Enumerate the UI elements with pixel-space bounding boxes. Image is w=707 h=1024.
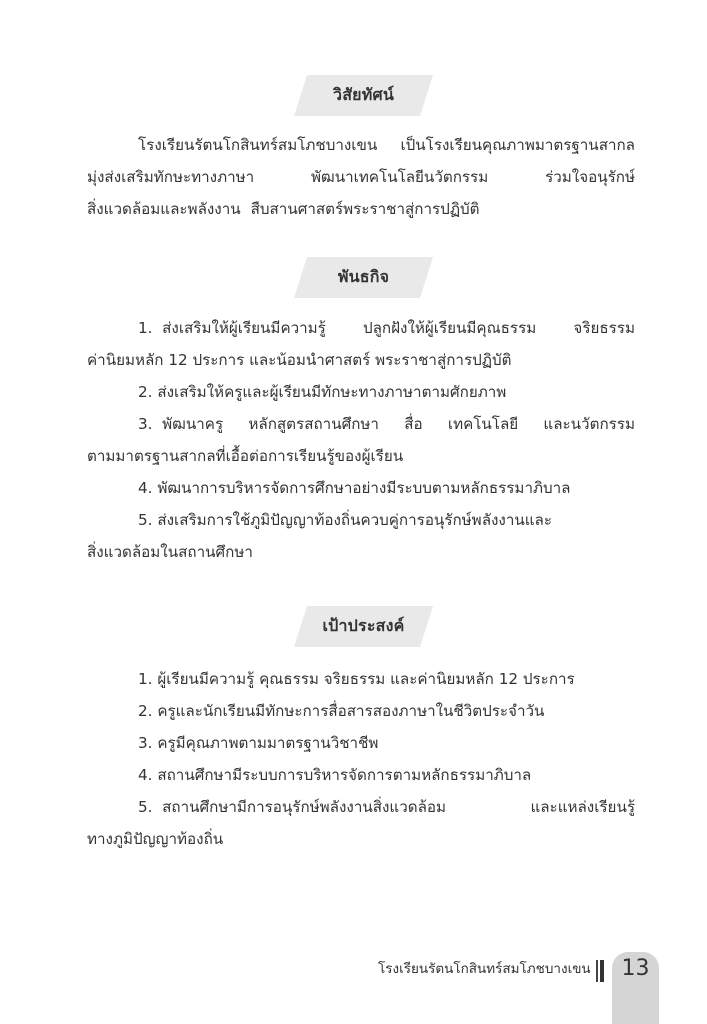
item-text: 5. สถานศึกษามีการอนุรักษ์พลังงานสิ่งแวดล… [138, 791, 446, 823]
goal-item-2: 2. ครูและนักเรียนมีทักษะการสื่อสารสองภาษ… [87, 695, 635, 727]
text-segment: ผู้เรียนมีความรู้ คุณธรรม จริยธรรม และค่… [157, 663, 574, 695]
text-segment: สิ่งแวดล้อมในสถานศึกษา [87, 536, 253, 568]
text-segment: ครูมีคุณภาพตามมาตรฐานวิชาชีพ [157, 727, 378, 759]
text-segment: พัฒนาครู [162, 415, 223, 433]
text-segment: โรงเรียนรัตนโกสินทร์สมโภชบางเขน [138, 129, 377, 161]
text-segment: และแหล่งเรียนรู้ [530, 791, 635, 823]
goal-item-1: 1. ผู้เรียนมีความรู้ คุณธรรม จริยธรรม แล… [87, 663, 635, 695]
text-segment: เป็นโรงเรียนคุณภาพมาตรฐานสากล [400, 129, 635, 161]
text-segment: สถานศึกษามีระบบการบริหารจัดการตามหลักธรร… [157, 759, 531, 791]
vision-line-2: มุ่งส่งเสริมทักษะทางภาษา พัฒนาเทคโนโลยีน… [87, 161, 635, 193]
item-text: 3. พัฒนาครู [138, 408, 223, 440]
item-number: 3. [138, 727, 153, 759]
mission-list: 1. ส่งเสริมให้ผู้เรียนมีความรู้ ปลูกฝังใ… [87, 312, 635, 568]
text-segment: สิ่งแวดล้อมและพลังงาน [87, 193, 241, 225]
item-number: 2. [138, 695, 153, 727]
text-segment: หลักสูตรสถานศึกษา [248, 408, 379, 440]
text-segment: ส่งเสริมให้ครูและผู้เรียนมีทักษะทางภาษาต… [157, 376, 506, 408]
goal-item-3: 3. ครูมีคุณภาพตามมาตรฐานวิชาชีพ [87, 727, 635, 759]
goal-item-4: 4. สถานศึกษามีระบบการบริหารจัดการตามหลัก… [87, 759, 635, 791]
goals-title: เป้าประสงค์ [294, 606, 433, 647]
item-number: 1. [138, 663, 153, 695]
vision-paragraph: โรงเรียนรัตนโกสินทร์สมโภชบางเขน เป็นโรงเ… [87, 129, 635, 225]
mission-header: พันธกิจ [294, 257, 433, 298]
item-number: 1. [138, 319, 153, 337]
mission-item-3: 3. พัฒนาครู หลักสูตรสถานศึกษา สื่อ เทคโน… [87, 408, 635, 440]
text-segment: ร่วมใจอนุรักษ์ [545, 161, 635, 193]
footer-separator-icon [596, 960, 606, 982]
text-segment: ค่านิยมหลัก 12 ประการ และน้อมนำศาสตร์ พร… [87, 344, 511, 376]
page-number: 13 [612, 956, 659, 981]
vision-line-1: โรงเรียนรัตนโกสินทร์สมโภชบางเขน เป็นโรงเ… [87, 129, 635, 161]
mission-item-4: 4. พัฒนาการบริหารจัดการศึกษาอย่างมีระบบต… [87, 472, 635, 504]
item-number: 3. [138, 415, 153, 433]
text-segment: ตามมาตรฐานสากลที่เอื้อต่อการเรียนรู้ของผ… [87, 440, 403, 472]
item-number: 4. [138, 472, 153, 504]
text-segment: ส่งเสริมให้ผู้เรียนมีความรู้ [162, 319, 326, 337]
mission-item-5: 5. ส่งเสริมการใช้ภูมิปัญญาท้องถิ่นควบคู่… [87, 504, 635, 536]
text-segment: พัฒนาเทคโนโลยีนวัตกรรม [311, 161, 488, 193]
text-segment: และนวัตกรรม [543, 408, 635, 440]
text-segment: ทางภูมิปัญญาท้องถิ่น [87, 823, 223, 855]
vision-title: วิสัยทัศน์ [294, 75, 433, 116]
text-segment: จริยธรรม [573, 312, 635, 344]
item-number: 4. [138, 759, 153, 791]
text-segment: ส่งเสริมการใช้ภูมิปัญญาท้องถิ่นควบคู่การ… [157, 504, 552, 536]
mission-item-1-continued: ค่านิยมหลัก 12 ประการ และน้อมนำศาสตร์ พร… [87, 344, 635, 376]
goal-item-5: 5. สถานศึกษามีการอนุรักษ์พลังงานสิ่งแวดล… [87, 791, 635, 823]
text-segment: ครูและนักเรียนมีทักษะการสื่อสารสองภาษาใน… [157, 695, 544, 727]
item-number: 5. [138, 798, 153, 816]
text-segment: สืบสานศาสตร์พระราชาสู่การปฏิบัติ [251, 193, 480, 225]
text-segment: พัฒนาการบริหารจัดการศึกษาอย่างมีระบบตามห… [157, 472, 570, 504]
text-segment: สถานศึกษามีการอนุรักษ์พลังงานสิ่งแวดล้อม [162, 798, 446, 816]
separator-thick-bar [600, 960, 604, 982]
goal-item-5-continued: ทางภูมิปัญญาท้องถิ่น [87, 823, 635, 855]
goals-list: 1. ผู้เรียนมีความรู้ คุณธรรม จริยธรรม แล… [87, 663, 635, 855]
footer-school-name: โรงเรียนรัตนโกสินทร์สมโภชบางเขน [378, 957, 591, 979]
goals-header: เป้าประสงค์ [294, 606, 433, 647]
item-number: 2. [138, 376, 153, 408]
vision-header: วิสัยทัศน์ [294, 75, 433, 116]
text-segment: เทคโนโลยี [448, 408, 518, 440]
mission-item-2: 2. ส่งเสริมให้ครูและผู้เรียนมีทักษะทางภา… [87, 376, 635, 408]
item-number: 5. [138, 504, 153, 536]
mission-item-5-continued: สิ่งแวดล้อมในสถานศึกษา [87, 536, 635, 568]
text-segment: สื่อ [404, 408, 422, 440]
vision-line-3: สิ่งแวดล้อมและพลังงาน สืบสานศาสตร์พระราช… [87, 193, 635, 225]
text-segment: มุ่งส่งเสริมทักษะทางภาษา [87, 161, 254, 193]
mission-item-1: 1. ส่งเสริมให้ผู้เรียนมีความรู้ ปลูกฝังใ… [87, 312, 635, 344]
mission-title: พันธกิจ [294, 257, 433, 298]
separator-thin-bar [596, 960, 598, 982]
mission-item-3-continued: ตามมาตรฐานสากลที่เอื้อต่อการเรียนรู้ของผ… [87, 440, 635, 472]
item-text: 1. ส่งเสริมให้ผู้เรียนมีความรู้ [138, 312, 326, 344]
text-segment: ปลูกฝังให้ผู้เรียนมีคุณธรรม [363, 312, 536, 344]
